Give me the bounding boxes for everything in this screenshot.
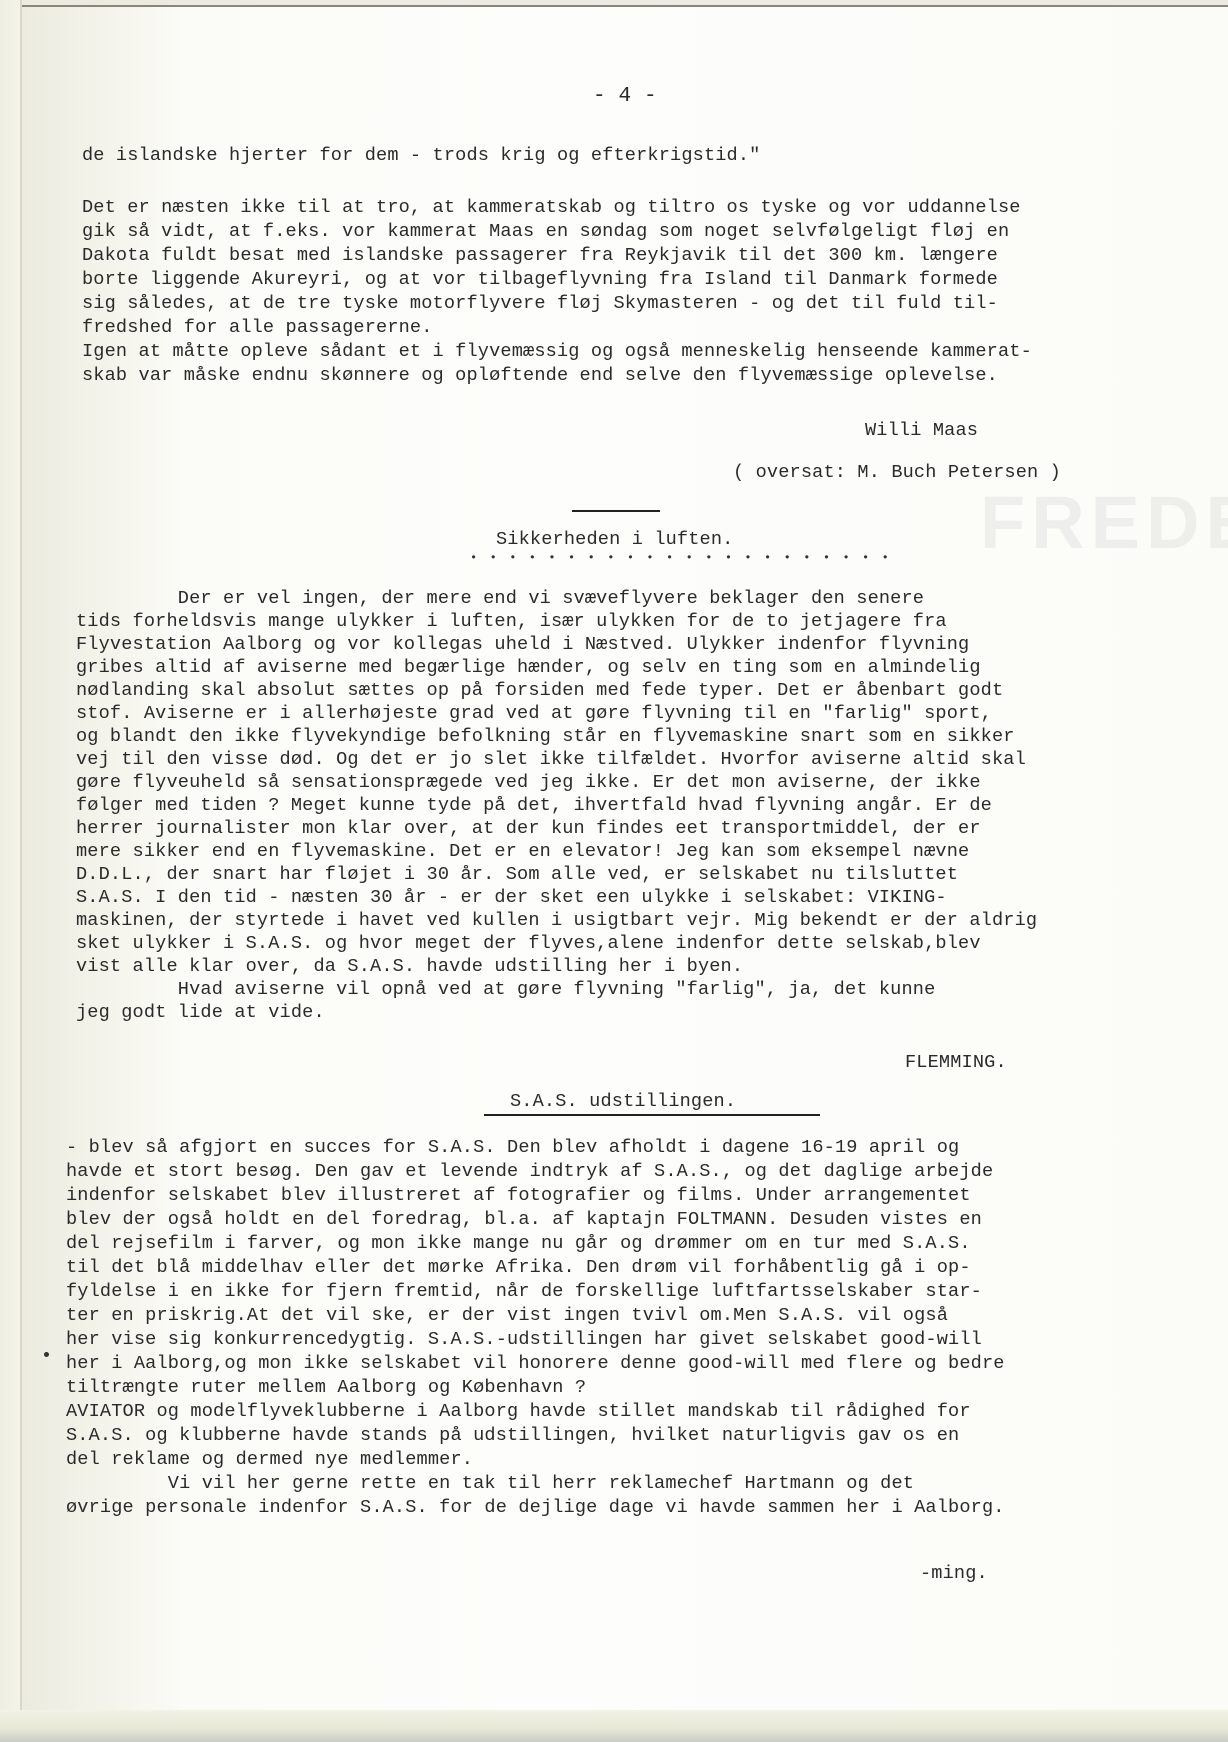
text-line: Flyvestation Aalborg og vor kollegas uhe…	[76, 634, 969, 656]
binding-edge	[0, 0, 22, 1742]
text-line: del rejsefilm i farver, og mon ikke mang…	[66, 1233, 971, 1255]
text-line: til det blå middelhav eller det mørke Af…	[66, 1257, 971, 1279]
text-line: her vise sig konkurrencedygtig. S.A.S.-u…	[66, 1329, 982, 1351]
text-line: maskinen, der styrtede i havet ved kulle…	[76, 910, 1037, 932]
article3-title: S.A.S. udstillingen.	[510, 1091, 736, 1113]
text-line: S.A.S. I den tid - næsten 30 år - er der…	[76, 887, 947, 909]
text-line: nødlanding skal absolut sættes op på for…	[76, 680, 1003, 702]
margin-dot	[44, 1352, 49, 1357]
text-line: Hvad aviserne vil opnå ved at gøre flyvn…	[76, 979, 935, 1001]
text-line: gøre flyveuheld så sensationsprægede ved…	[76, 772, 981, 794]
article2-title: Sikkerheden i luften.	[496, 529, 733, 551]
text-line: ter en priskrig.At det vil ske, er der v…	[66, 1305, 948, 1327]
text-line: stof. Aviserne er i allerhøjeste grad ve…	[76, 703, 992, 725]
article2-title-dotted-underline: • • • • • • • • • • • • • • • • • • • • …	[470, 551, 891, 565]
section-divider	[572, 510, 660, 512]
text-line: fyldelse i en ikke for fjern fremtid, nå…	[66, 1281, 982, 1303]
article1-translator-credit: ( oversat: M. Buch Petersen )	[733, 462, 1061, 484]
text-line: - blev så afgjort en succes for S.A.S. D…	[66, 1137, 959, 1159]
text-line: jeg godt lide at vide.	[76, 1002, 325, 1024]
intro-line: de islandske hjerter for dem - trods kri…	[82, 145, 760, 167]
page-number: - 4 -	[593, 86, 657, 108]
text-line: fredshed for alle passagererne.	[82, 317, 433, 339]
text-line: tids forheldsvis mange ulykker i luften,…	[76, 611, 947, 633]
text-line: borte liggende Akureyri, og at vor tilba…	[82, 269, 998, 291]
text-line: AVIATOR og modelflyveklubberne i Aalborg…	[66, 1401, 971, 1423]
text-line: gribes altid af aviserne med begærlige h…	[76, 657, 981, 679]
text-line: blev der også holdt en del foredrag, bl.…	[66, 1209, 982, 1231]
text-line: skab var måske endnu skønnere og opløfte…	[82, 365, 998, 387]
text-line: sket ulykker i S.A.S. og hvor meget der …	[76, 933, 981, 955]
article3-signature: -ming.	[920, 1563, 988, 1585]
text-line: del reklame og dermed nye medlemmer.	[66, 1449, 473, 1471]
text-line: her i Aalborg,og mon ikke selskabet vil …	[66, 1353, 1005, 1375]
text-line: mere sikker end en flyvemaskine. Det er …	[76, 841, 969, 863]
article2-signature: FLEMMING.	[905, 1052, 1007, 1074]
text-line: Igen at måtte opleve sådant et i flyvemæ…	[82, 341, 1032, 363]
text-line: vej til den visse død. Og det er jo slet…	[76, 749, 1026, 771]
show-through-ghost-text: FREDE	[980, 480, 1228, 565]
article1-signature: Willi Maas	[865, 420, 978, 442]
text-line: Dakota fuldt besat med islandske passage…	[82, 245, 998, 267]
text-line: havde et stort besøg. Den gav et levende…	[66, 1161, 993, 1183]
text-line: S.A.S. og klubberne havde stands på udst…	[66, 1425, 959, 1447]
text-line: gik så vidt, at f.eks. vor kammerat Maas…	[82, 221, 1009, 243]
text-line: og blandt den ikke flyvekyndige befolkni…	[76, 726, 1015, 748]
article3-title-underline	[484, 1114, 820, 1116]
text-line: Vi vil her gerne rette en tak til herr r…	[66, 1473, 914, 1495]
text-line: følger med tiden ? Meget kunne tyde på d…	[76, 795, 992, 817]
text-line: Det er næsten ikke til at tro, at kammer…	[82, 197, 1021, 219]
text-line: herrer journalister mon klar over, at de…	[76, 818, 981, 840]
text-line: Der er vel ingen, der mere end vi svævef…	[76, 588, 924, 610]
text-line: tiltrængte ruter mellem Aalborg og Køben…	[66, 1377, 586, 1399]
text-line: D.D.L., der snart har fløjet i 30 år. So…	[76, 864, 958, 886]
text-line: øvrige personale indenfor S.A.S. for de …	[66, 1497, 1005, 1519]
text-line: sig således, at de tre tyske motorflyver…	[82, 293, 998, 315]
page-bottom-edge	[0, 1710, 1228, 1742]
text-line: vist alle klar over, da S.A.S. havde uds…	[76, 956, 743, 978]
text-line: indenfor selskabet blev illustreret af f…	[66, 1185, 971, 1207]
